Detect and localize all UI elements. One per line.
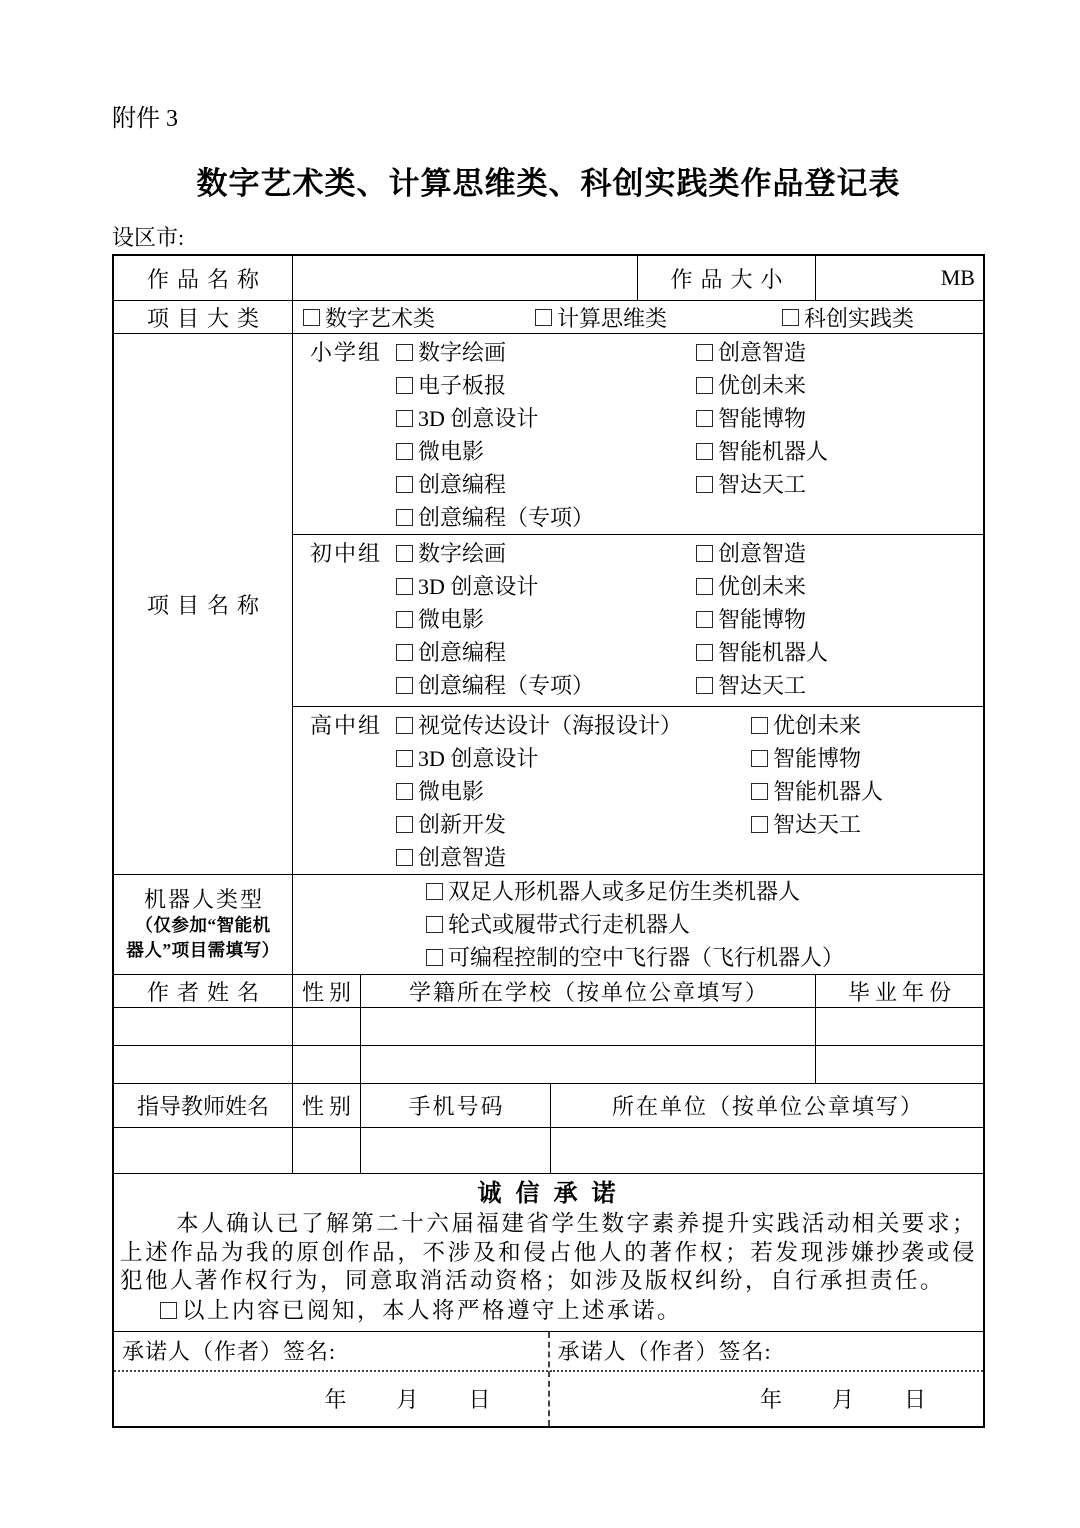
checkbox-label: 数字绘画 xyxy=(418,336,506,369)
checkbox[interactable] xyxy=(396,750,413,767)
group-right-column: 创意智造 优创未来 智能博物 智能机器人 智达天工 xyxy=(696,336,983,501)
checkbox-item: 视觉传达设计（海报设计） xyxy=(396,709,751,742)
group-name: 小学组 xyxy=(293,336,396,369)
checkbox-label: 双足人形机器人或多足仿生类机器人 xyxy=(448,875,800,908)
checkbox-label: 3D 创意设计 xyxy=(418,570,538,603)
checkbox[interactable] xyxy=(696,611,713,628)
checkbox[interactable] xyxy=(426,949,443,966)
teacher-org-input[interactable] xyxy=(550,1128,983,1173)
checkbox-label: 智能机器人 xyxy=(718,636,828,669)
work-size-unit: MB xyxy=(815,256,983,300)
author-header-row: 作者姓名 性别 学籍所在学校（按单位公章填写） 毕业年份 xyxy=(114,974,983,1007)
checkbox-item: 微电影 xyxy=(396,603,696,636)
checkbox-item: 智能博物 xyxy=(696,603,983,636)
checkbox-label: 电子板报 xyxy=(418,369,506,402)
checkbox-label: 视觉传达设计（海报设计） xyxy=(418,709,682,742)
pledge-title: 诚 信 承 诺 xyxy=(120,1178,977,1210)
category-label: 项目大类 xyxy=(114,301,292,333)
author-name-header: 作者姓名 xyxy=(114,975,292,1007)
teacher-gender-input[interactable] xyxy=(292,1128,360,1173)
checkbox-label: 计算思维类 xyxy=(557,302,667,333)
robot-type-options: 双足人形机器人或多足仿生类机器人 轮式或履带式行走机器人 可编程控制的空中飞行器… xyxy=(292,875,983,974)
author-school-header: 学籍所在学校（按单位公章填写） xyxy=(360,975,815,1007)
teacher-fill-row xyxy=(114,1127,983,1173)
attachment-label: 附件 3 xyxy=(112,104,985,134)
checkbox-label: 智达天工 xyxy=(773,808,861,841)
checkbox[interactable] xyxy=(396,849,413,866)
checkbox[interactable] xyxy=(751,717,768,734)
group-name: 初中组 xyxy=(293,537,396,570)
teacher-org-header: 所在单位（按单位公章填写） xyxy=(550,1084,983,1127)
signature-block-right: 承诺人（作者）签名: 年 月 日 xyxy=(548,1332,984,1426)
group-right-column: 优创未来 智能博物 智能机器人 智达天工 xyxy=(751,709,983,841)
checkbox-item: 电子板报 xyxy=(396,369,696,402)
checkbox-label: 智达天工 xyxy=(718,669,806,702)
checkbox-item: 轮式或履带式行走机器人 xyxy=(426,908,690,941)
author-gender-header: 性别 xyxy=(292,975,360,1007)
robot-type-note-line1: （仅参加“智能机 xyxy=(135,913,270,938)
robot-type-row: 机器人类型 （仅参加“智能机 器人”项目需填写） 双足人形机器人或多足仿生类机器… xyxy=(114,874,983,974)
checkbox[interactable] xyxy=(751,750,768,767)
checkbox-label: 优创未来 xyxy=(718,570,806,603)
checkbox[interactable] xyxy=(696,476,713,493)
checkbox-label: 创意智造 xyxy=(418,841,506,874)
checkbox[interactable] xyxy=(396,783,413,800)
checkbox-label: 创意编程（专项） xyxy=(418,501,594,534)
checkbox[interactable] xyxy=(396,377,413,394)
checkbox[interactable] xyxy=(751,783,768,800)
checkbox[interactable] xyxy=(426,883,443,900)
checkbox-label: 创意编程（专项） xyxy=(418,669,594,702)
checkbox-label: 微电影 xyxy=(418,435,484,468)
checkbox-item: 创新开发 xyxy=(396,808,751,841)
work-name-row: 作品名称 作品大小 MB xyxy=(114,256,983,300)
checkbox[interactable] xyxy=(535,309,552,326)
group-primary: 小学组 数字绘画 电子板报 3D 创意设计 微电影 创意编程 创意编程（专项） … xyxy=(293,334,983,534)
checkbox-item: 可编程控制的空中飞行器（飞行机器人） xyxy=(426,941,844,974)
checkbox[interactable] xyxy=(396,578,413,595)
page-title: 数字艺术类、计算思维类、科创实践类作品登记表 xyxy=(112,158,985,203)
checkbox-label: 3D 创意设计 xyxy=(418,402,538,435)
signature-block-left: 承诺人（作者）签名: 年 月 日 xyxy=(114,1332,548,1426)
checkbox[interactable] xyxy=(396,344,413,361)
group-senior: 高中组 视觉传达设计（海报设计） 3D 创意设计 微电影 创新开发 创意智造 优… xyxy=(293,706,983,874)
checkbox-item: 智能机器人 xyxy=(696,636,983,669)
checkbox-label: 智能博物 xyxy=(718,603,806,636)
checkbox-item: 3D 创意设计 xyxy=(396,570,696,603)
project-name-label: 项目名称 xyxy=(114,334,292,874)
group-name: 高中组 xyxy=(293,709,396,742)
author-gender-input[interactable] xyxy=(292,1046,360,1083)
checkbox-label: 智能博物 xyxy=(773,742,861,775)
checkbox[interactable] xyxy=(696,677,713,694)
work-size-label: 作品大小 xyxy=(637,256,815,300)
checkbox-label: 数字绘画 xyxy=(418,537,506,570)
pledge-section: 诚 信 承 诺 本人确认已了解第二十六届福建省学生数字素养提升实践活动相关要求；… xyxy=(114,1174,983,1331)
pledge-body: 本人确认已了解第二十六届福建省学生数字素养提升实践活动相关要求；上述作品为我的原… xyxy=(120,1210,977,1296)
signature-date[interactable]: 年 月 日 xyxy=(114,1370,548,1426)
checkbox-label: 可编程控制的空中飞行器（飞行机器人） xyxy=(448,941,844,974)
checkbox[interactable] xyxy=(696,410,713,427)
checkbox-label: 创意智造 xyxy=(718,537,806,570)
checkbox[interactable] xyxy=(160,1302,177,1319)
checkbox[interactable] xyxy=(303,309,320,326)
checkbox-item: 智能博物 xyxy=(696,402,983,435)
checkbox-label: 智达天工 xyxy=(718,468,806,501)
group-right-column: 创意智造 优创未来 智能博物 智能机器人 智达天工 xyxy=(696,537,983,702)
checkbox[interactable] xyxy=(696,377,713,394)
document-page: 附件 3 数字艺术类、计算思维类、科创实践类作品登记表 设区市: 作品名称 作品… xyxy=(112,104,985,1428)
checkbox-label: 微电影 xyxy=(418,603,484,636)
author-fill-row xyxy=(114,1007,983,1045)
work-name-input[interactable] xyxy=(292,256,637,300)
checkbox-item: 智达天工 xyxy=(696,468,983,501)
robot-type-label: 机器人类型 xyxy=(142,887,264,913)
checkbox-label: 智能机器人 xyxy=(718,435,828,468)
checkbox-item: 创意智造 xyxy=(696,537,983,570)
checkbox-item: 创意编程（专项） xyxy=(396,669,696,702)
checkbox[interactable] xyxy=(396,476,413,493)
category-row: 项目大类 数字艺术类 计算思维类 科创实践类 xyxy=(114,300,983,333)
checkbox[interactable] xyxy=(396,611,413,628)
group-junior: 初中组 数字绘画 3D 创意设计 微电影 创意编程 创意编程（专项） 创意智造 … xyxy=(293,534,983,706)
work-name-label: 作品名称 xyxy=(114,256,292,300)
checkbox[interactable] xyxy=(696,578,713,595)
author-fill-row xyxy=(114,1045,983,1083)
checkbox[interactable] xyxy=(396,443,413,460)
checkbox-item: 微电影 xyxy=(396,435,696,468)
checkbox-item: 数字绘画 xyxy=(396,336,696,369)
checkbox-item: 优创未来 xyxy=(696,570,983,603)
teacher-name-input[interactable] xyxy=(114,1128,292,1173)
checkbox-label: 微电影 xyxy=(418,775,484,808)
pledge-ack-label: 以上内容已阅知，本人将严格遵守上述承诺。 xyxy=(182,1296,682,1325)
checkbox[interactable] xyxy=(396,410,413,427)
checkbox-item: 创意智造 xyxy=(396,841,751,874)
checkbox-item: 创意编程 xyxy=(396,468,696,501)
checkbox-item: 数字绘画 xyxy=(396,537,696,570)
author-grad-year-header: 毕业年份 xyxy=(815,975,983,1007)
checkbox-item: 微电影 xyxy=(396,775,751,808)
checkbox-item: 科创实践类 xyxy=(782,302,914,333)
city-label: 设区市: xyxy=(112,221,985,252)
checkbox-label: 创意编程 xyxy=(418,636,506,669)
registration-form-table: 作品名称 作品大小 MB 项目大类 数字艺术类 计算思维类 科创实践类 项目名称… xyxy=(112,254,985,1428)
group-left-column: 数字绘画 电子板报 3D 创意设计 微电影 创意编程 创意编程（专项） xyxy=(396,336,696,534)
checkbox[interactable] xyxy=(396,677,413,694)
checkbox-label: 3D 创意设计 xyxy=(418,742,538,775)
teacher-name-header: 指导教师姓名 xyxy=(114,1084,292,1127)
checkbox[interactable] xyxy=(751,816,768,833)
checkbox[interactable] xyxy=(396,644,413,661)
robot-type-label-cell: 机器人类型 （仅参加“智能机 器人”项目需填写） xyxy=(114,875,292,974)
checkbox-item: 3D 创意设计 xyxy=(396,402,696,435)
checkbox-item: 优创未来 xyxy=(696,369,983,402)
checkbox[interactable] xyxy=(696,443,713,460)
checkbox-item: 创意智造 xyxy=(696,336,983,369)
teacher-header-row: 指导教师姓名 性别 手机号码 所在单位（按单位公章填写） xyxy=(114,1083,983,1127)
checkbox[interactable] xyxy=(396,545,413,562)
checkbox[interactable] xyxy=(696,644,713,661)
teacher-phone-header: 手机号码 xyxy=(360,1084,550,1127)
checkbox-label: 创意智造 xyxy=(718,336,806,369)
project-groups: 小学组 数字绘画 电子板报 3D 创意设计 微电影 创意编程 创意编程（专项） … xyxy=(292,334,983,874)
checkbox[interactable] xyxy=(696,545,713,562)
checkbox[interactable] xyxy=(426,916,443,933)
author-name-input[interactable] xyxy=(114,1046,292,1083)
checkbox[interactable] xyxy=(396,509,413,526)
checkbox-item: 优创未来 xyxy=(751,709,983,742)
teacher-gender-header: 性别 xyxy=(292,1084,360,1127)
author-gender-input[interactable] xyxy=(292,1008,360,1045)
checkbox-label: 智能博物 xyxy=(718,402,806,435)
checkbox-item: 智达天工 xyxy=(751,808,983,841)
checkbox-item: 数字艺术类 xyxy=(303,302,435,333)
author-grad-year-input[interactable] xyxy=(815,1008,983,1045)
checkbox-item: 创意编程 xyxy=(396,636,696,669)
checkbox-label: 数字艺术类 xyxy=(325,302,435,333)
checkbox-label: 优创未来 xyxy=(718,369,806,402)
signature-date[interactable]: 年 月 日 xyxy=(550,1370,984,1426)
category-options: 数字艺术类 计算思维类 科创实践类 xyxy=(292,301,983,333)
author-school-input[interactable] xyxy=(360,1008,815,1045)
checkbox[interactable] xyxy=(396,717,413,734)
checkbox-label: 科创实践类 xyxy=(804,302,914,333)
checkbox-item: 智达天工 xyxy=(696,669,983,702)
checkbox[interactable] xyxy=(396,816,413,833)
group-left-column: 数字绘画 3D 创意设计 微电影 创意编程 创意编程（专项） xyxy=(396,537,696,702)
robot-type-note-line2: 器人”项目需填写） xyxy=(126,938,279,963)
checkbox-item: 双足人形机器人或多足仿生类机器人 xyxy=(426,875,800,908)
checkbox-item: 以上内容已阅知，本人将严格遵守上述承诺。 xyxy=(160,1296,977,1325)
signer-label: 承诺人（作者）签名: xyxy=(550,1332,984,1370)
project-name-row: 项目名称 小学组 数字绘画 电子板报 3D 创意设计 微电影 创意编程 创意编程… xyxy=(114,333,983,874)
checkbox-label: 创意编程 xyxy=(418,468,506,501)
checkbox-item: 创意编程（专项） xyxy=(396,501,696,534)
author-school-input[interactable] xyxy=(360,1046,815,1083)
checkbox-item: 智能机器人 xyxy=(696,435,983,468)
author-grad-year-input[interactable] xyxy=(815,1046,983,1083)
teacher-phone-input[interactable] xyxy=(360,1128,550,1173)
group-left-column: 视觉传达设计（海报设计） 3D 创意设计 微电影 创新开发 创意智造 xyxy=(396,709,751,874)
checkbox-item: 智能博物 xyxy=(751,742,983,775)
checkbox-label: 智能机器人 xyxy=(773,775,883,808)
author-name-input[interactable] xyxy=(114,1008,292,1045)
checkbox[interactable] xyxy=(782,309,799,326)
pledge-row: 诚 信 承 诺 本人确认已了解第二十六届福建省学生数字素养提升实践活动相关要求；… xyxy=(114,1173,983,1331)
checkbox-label: 轮式或履带式行走机器人 xyxy=(448,908,690,941)
checkbox-item: 3D 创意设计 xyxy=(396,742,751,775)
checkbox-label: 优创未来 xyxy=(773,709,861,742)
checkbox-item: 智能机器人 xyxy=(751,775,983,808)
checkbox-label: 创新开发 xyxy=(418,808,506,841)
checkbox-item: 计算思维类 xyxy=(535,302,667,333)
checkbox[interactable] xyxy=(696,344,713,361)
signer-label: 承诺人（作者）签名: xyxy=(114,1332,548,1370)
signature-row: 承诺人（作者）签名: 年 月 日 承诺人（作者）签名: 年 月 日 xyxy=(114,1331,983,1426)
